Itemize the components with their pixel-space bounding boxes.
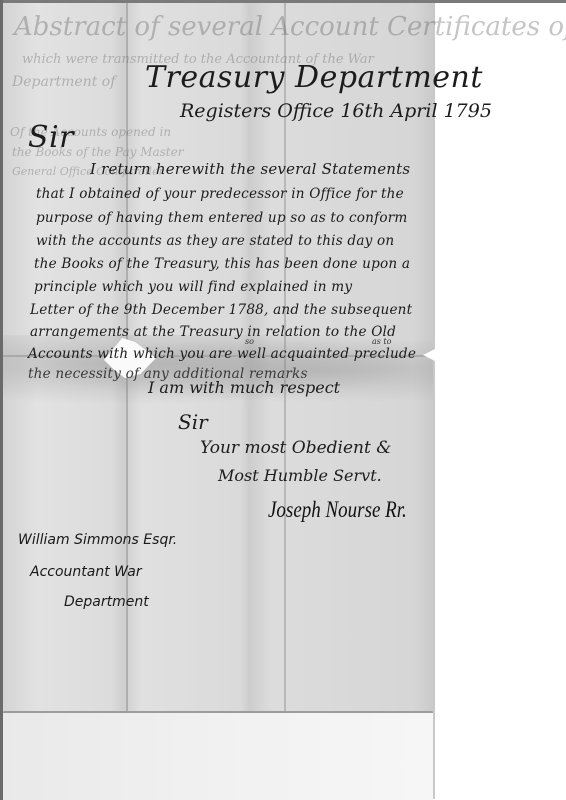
heading-office-date: Registers Office 16th April 1795: [180, 100, 492, 122]
salutation: Sir: [28, 120, 74, 155]
body-line: that I obtained of your predecessor in O…: [36, 186, 404, 202]
underlying-sheet: [3, 713, 433, 800]
signature: Joseph Nourse Rr.: [268, 498, 407, 524]
body-line: Accounts with which you are well acquain…: [28, 346, 416, 362]
addressee-name: William Simmons Esqr.: [18, 532, 177, 548]
closing-line-3: Your most Obedient &: [200, 438, 391, 458]
body-line: I return herewith the several Statements: [90, 160, 410, 178]
bleed-through-line: Department of: [12, 74, 115, 90]
body-line: with the accounts as they are stated to …: [36, 233, 394, 249]
interlinear-insert: as to: [372, 337, 391, 346]
body-line: purpose of having them entered up so as …: [36, 210, 408, 226]
closing-line-1: I am with much respect: [148, 378, 340, 397]
addressee-title: Accountant War: [30, 564, 142, 580]
body-line: arrangements at the Treasury in relation…: [30, 324, 396, 340]
body-line: Letter of the 9th December 1788, and the…: [30, 302, 412, 318]
heading-department: Treasury Department: [145, 60, 483, 95]
closing-line-2: Sir: [178, 410, 208, 434]
bleed-through-line: Abstract of several Account Certificates…: [14, 12, 566, 42]
closing-line-4: Most Humble Servt.: [218, 466, 382, 485]
body-line: the Books of the Treasury, this has been…: [34, 256, 410, 272]
addressee-department: Department: [64, 594, 149, 610]
body-line: principle which you will find explained …: [34, 279, 352, 295]
interlinear-insert: so: [245, 337, 254, 346]
